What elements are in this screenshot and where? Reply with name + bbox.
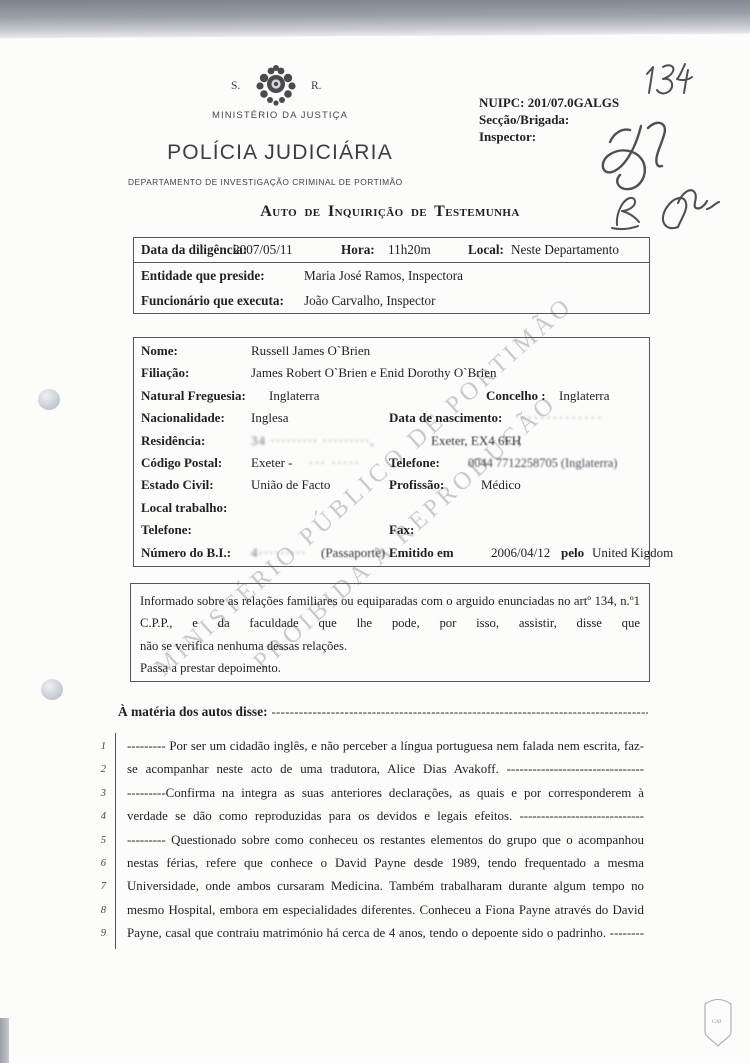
line-number: 6 [88,852,106,875]
witness-row-filiacao: Filiação: James Robert O`Brien e Enid Do… [134,362,649,384]
coat-of-arms-icon [250,64,302,108]
witness-row-nome: Nome: Russell James O`Brien [134,340,649,362]
profissao-value: Médico [481,474,521,496]
emitido-data: 2006/04/12 [491,542,550,564]
line-number: 3 [88,782,106,805]
materia-dashes: ----------------------------------------… [272,705,648,720]
scanned-document-page: MINISTÉRIO PÚBLICO DE PORTIMÃO PROIBIDA … [0,0,750,1063]
declaration-line: C.P.P., e da faculdade que lhe pode, por… [140,612,640,634]
concelho-label: Concelho : [486,385,546,407]
declaration-box: Informado sobre as relações familiares o… [130,583,650,682]
nascimento-value-redacted: ············· [521,407,603,429]
codigo-postal-label: Código Postal: [141,452,222,474]
fax-label: Fax: [389,519,414,541]
estado-civil-label: Estado Civil: [141,474,214,496]
scan-artifact-top-band [0,0,750,38]
witness-row-bi: Número do B.I.: 4········· (Passaporte) … [134,542,649,564]
hole-punch-top [38,389,60,410]
diligence-row-3: Funcionário que executa: João Carvalho, … [134,288,649,313]
diligence-row-1: Data da diligência: 2007/05/11 Hora: 11h… [134,238,649,263]
materia-heading: À matéria dos autos disse: -------------… [118,704,648,720]
deposition-text: ‑‑‑‑‑‑‑‑‑ Por ser um cidadão inglês, e n… [127,735,644,946]
filiacao-value: James Robert O`Brien e Enid Dorothy O`Br… [251,362,497,384]
telefone1-value-redacted: 0044 7712258705 (Inglaterra) [468,452,617,474]
margin-rule [115,733,116,949]
data-diligencia-value: 2007/05/11 [233,238,293,262]
line-number: 7 [88,875,106,898]
telefone1-label: Telefone: [389,452,440,474]
line-number-column: 1 2 3 4 5 6 7 8 9 [88,735,106,946]
deposition-line: Payne, casal que contraiu matrimónio há … [127,922,644,945]
concelho-value: Inglaterra [559,385,610,407]
natural-value: Inglaterra [269,385,320,407]
inspector-label: Inspector: [479,128,619,145]
declaration-line: Informado sobre as relações familiares o… [140,590,640,612]
declaration-line: não se verifica nenhuma dessas relações. [140,635,640,657]
bi-tipo: (Passaporte) [321,542,385,564]
deposition-line: verdade se dão como reproduzidas para os… [127,805,644,828]
residencia-label: Residência: [141,430,205,452]
filiacao-label: Filiação: [141,362,189,384]
emitido-por: United Kigdom [592,542,673,564]
handwritten-mark-loop [663,190,719,228]
witness-row-local-trabalho: Local trabalho: [134,497,649,519]
witness-row-telefone2: Telefone: Fax: [134,519,649,541]
natural-label: Natural Freguesia: [141,385,246,407]
scan-artifact-left-strip [0,1018,9,1063]
seccao-label: Secção/Brigada: [479,111,619,128]
materia-label: À matéria dos autos disse: [118,704,268,720]
residencia-value-redacted: 34 ········· ·········, [251,430,375,452]
witness-row-nacionalidade: Nacionalidade: Inglesa Data de nasciment… [134,407,649,429]
deposition-line: ‑‑‑‑‑‑‑‑‑ Por ser um cidadão inglês, e n… [127,735,644,758]
estado-civil-value: União de Facto [251,474,330,496]
bi-number-redacted: 4········· [251,542,306,564]
pelo-label: pelo [561,542,584,564]
codigo-postal-redacted: ··· ····· [309,452,360,474]
deposition-line: Universidade, onde ambos cursaram Medici… [127,875,644,898]
local-label: Local: [468,238,504,262]
nuipc-value: 201/07.0GALGS [528,95,619,110]
witness-row-natural: Natural Freguesia: Inglaterra Concelho :… [134,385,649,407]
witness-row-residencia: Residência: 34 ········· ·········, Exet… [134,430,649,452]
profissao-label: Profissão: [389,474,444,496]
corner-stamp-text: GM [712,1019,721,1025]
local-trabalho-label: Local trabalho: [141,497,227,519]
line-number: 9 [88,922,106,945]
deposition-line: nestas férias, refere que conhece o Davi… [127,852,644,875]
line-number: 4 [88,805,106,828]
nome-label: Nome: [141,340,178,362]
deposition-line: se acompanhar neste acto de uma tradutor… [127,758,644,781]
nacionalidade-label: Nacionalidade: [141,407,225,429]
emitido-label: Emitido em [389,542,454,564]
diligence-row-2: Entidade que preside: Maria José Ramos, … [134,263,649,288]
line-number: 1 [88,735,106,758]
codigo-postal-visible: Exeter - [251,452,293,474]
handwritten-page-number [647,64,692,93]
residencia-value-visible: Exeter, EX4 6FH [431,430,521,452]
entidade-preside-value: Maria José Ramos, Inspectora [304,263,463,288]
nascimento-label: Data de nascimento: [389,407,502,429]
hora-value: 11h20m [388,238,431,262]
header-initial-s: S. [231,80,240,92]
hora-label: Hora: [341,238,375,262]
funcionario-executa-value: João Carvalho, Inspector [304,288,435,313]
agency-name: POLÍCIA JUDICIÁRIA [110,141,450,165]
deposition-line: ‑‑‑‑‑‑‑‑‑Confirma na integra as suas ant… [127,782,644,805]
deposition-line: mesmo Hospital, embora em especialidades… [127,899,644,922]
witness-row-estado-civil: Estado Civil: União de Facto Profissão: … [134,474,649,496]
hole-punch-bottom [41,679,63,700]
line-number: 8 [88,899,106,922]
nome-value: Russell James O`Brien [251,340,370,362]
funcionario-executa-label: Funcionário que executa: [141,288,284,313]
nacionalidade-value: Inglesa [251,407,289,429]
deposition-line: ‑‑‑‑‑‑‑‑‑ Questionado sobre como conhece… [127,829,644,852]
department-name: DEPARTAMENTO DE INVESTIGAÇÃO CRIMINAL DE… [128,177,428,187]
entidade-preside-label: Entidade que preside: [141,263,265,288]
witness-table: Nome: Russell James O`Brien Filiação: Ja… [133,337,650,567]
ministry-name: MINISTÉRIO DA JUSTIÇA [190,110,370,121]
line-number: 5 [88,829,106,852]
nuipc-label: NUIPC: [479,95,525,110]
bi-label: Número do B.I.: [141,542,231,564]
local-value: Neste Departamento [511,238,619,262]
diligence-table: Data da diligência: 2007/05/11 Hora: 11h… [133,237,650,314]
telefone2-label: Telefone: [141,519,192,541]
nuipc-line: NUIPC: 201/07.0GALGS [479,94,619,111]
line-number: 2 [88,758,106,781]
witness-row-codigo-postal: Código Postal: Exeter - ··· ····· Telefo… [134,452,649,474]
data-diligencia-label: Data da diligência: [141,238,247,262]
document-title: Auto de Inquirição de Testemunha [130,203,650,221]
case-reference-block: NUIPC: 201/07.0GALGS Secção/Brigada: Ins… [479,94,619,145]
header-initial-r: R. [311,80,322,92]
declaration-line: Passa a prestar depoimento. [140,657,640,679]
